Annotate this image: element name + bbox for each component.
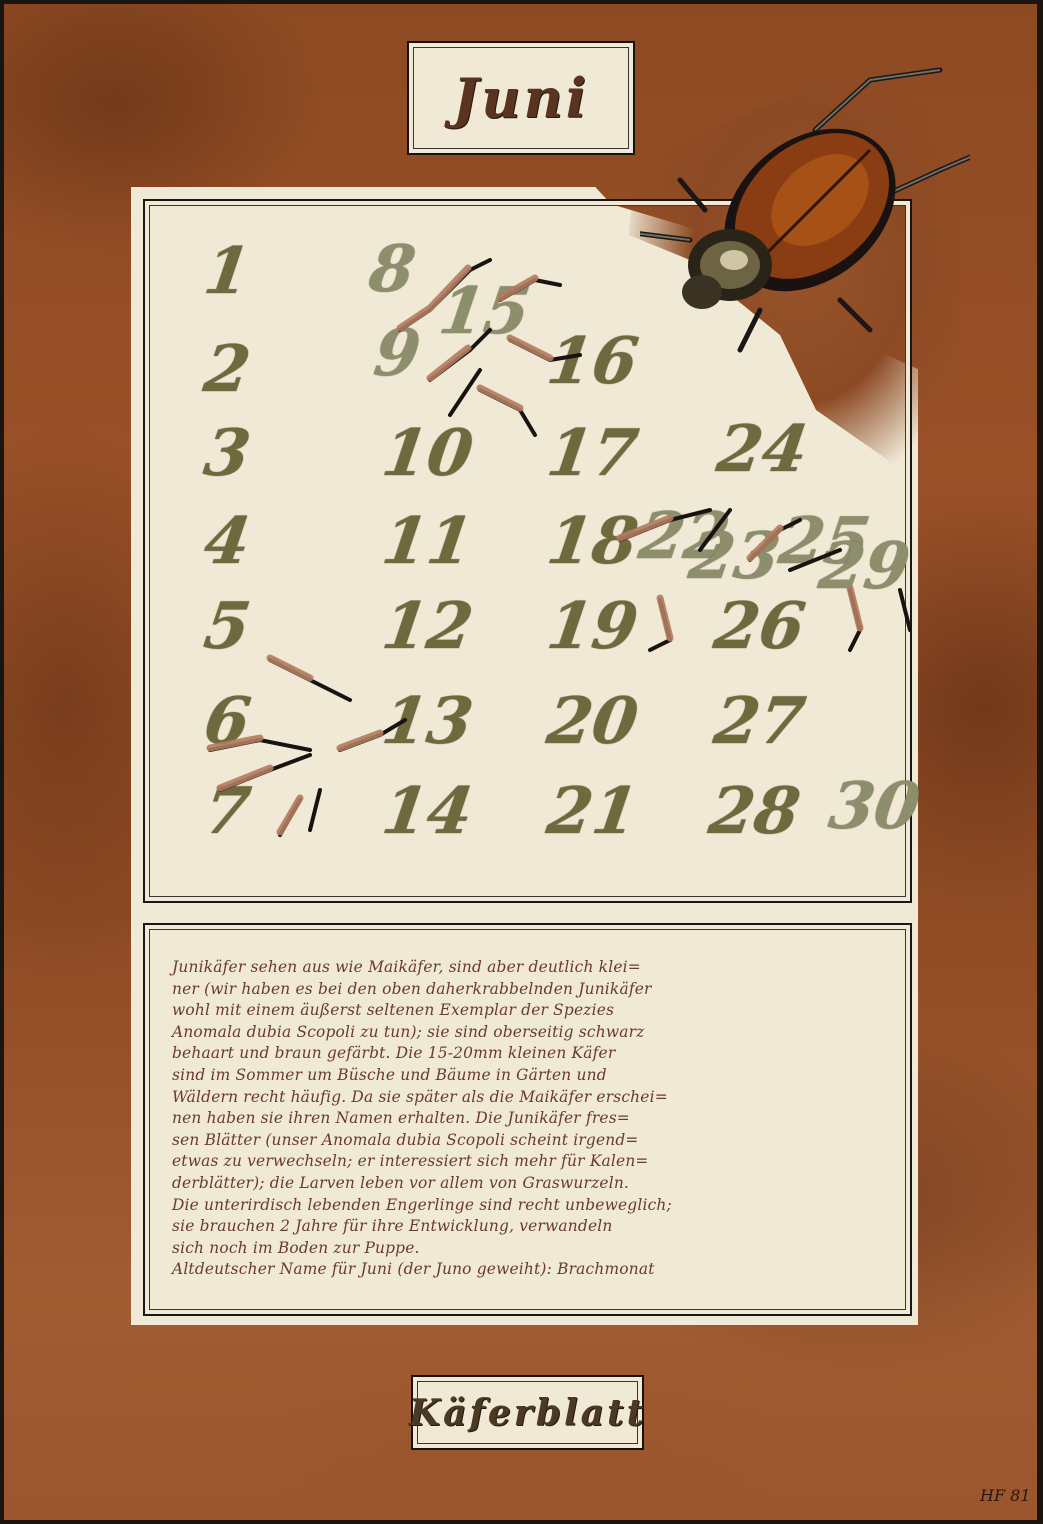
calendar-day: 3: [201, 422, 255, 486]
note-line: Altdeutscher Name für Juni (der Juno gew…: [172, 1259, 882, 1281]
note-line: etwas zu verwechseln; er interessiert si…: [172, 1151, 882, 1173]
june-beetle-icon: [640, 60, 970, 360]
calendar-day: 11: [379, 510, 477, 574]
calendar-day: 27: [711, 690, 809, 754]
note-line: sich noch im Boden zur Puppe.: [172, 1238, 882, 1260]
calendar-day: 30: [826, 775, 924, 839]
calendar-day: 20: [544, 690, 642, 754]
calendar-day: 21: [544, 780, 642, 844]
beetle-legs-icon: [200, 640, 420, 840]
calendar-day: 4: [201, 510, 255, 574]
calendar-day: 1: [201, 240, 255, 304]
beetle-legs-icon: [600, 490, 920, 660]
note-line: Anomala dubia Scopoli zu tun); sie sind …: [172, 1022, 882, 1044]
calendar-day: 2: [201, 338, 255, 402]
month-title: Juni: [453, 66, 590, 130]
note-line: sen Blätter (unser Anomala dubia Scopoli…: [172, 1130, 882, 1152]
calendar-day: 28: [706, 780, 804, 844]
footer-title: Käferblatt: [409, 1392, 646, 1434]
note-line: behaart und braun gefärbt. Die 15-20mm k…: [172, 1043, 882, 1065]
note-line: Die unterirdisch lebenden Engerlinge sin…: [172, 1195, 882, 1217]
note-line: derblätter); die Larven leben vor allem …: [172, 1173, 882, 1195]
calendar-day: 24: [714, 418, 812, 482]
note-line: wohl mit einem äußerst seltenen Exemplar…: [172, 1000, 882, 1022]
title-label: Juni: [407, 41, 635, 155]
beetle-legs-icon: [360, 240, 620, 440]
footer-label: Käferblatt: [411, 1375, 644, 1450]
note-line: sind im Sommer um Büsche und Bäume in Gä…: [172, 1065, 882, 1087]
handwritten-note: Junikäfer sehen aus wie Maikäfer, sind a…: [172, 957, 882, 1281]
artist-signature: HF 81: [980, 1486, 1031, 1505]
note-line: ner (wir haben es bei den oben daherkrab…: [172, 979, 882, 1001]
note-line: Wäldern recht häufig. Da sie später als …: [172, 1087, 882, 1109]
note-line: sie brauchen 2 Jahre für ihre Entwicklun…: [172, 1216, 882, 1238]
note-line: nen haben sie ihren Namen erhalten. Die …: [172, 1108, 882, 1130]
note-line: Junikäfer sehen aus wie Maikäfer, sind a…: [172, 957, 882, 979]
